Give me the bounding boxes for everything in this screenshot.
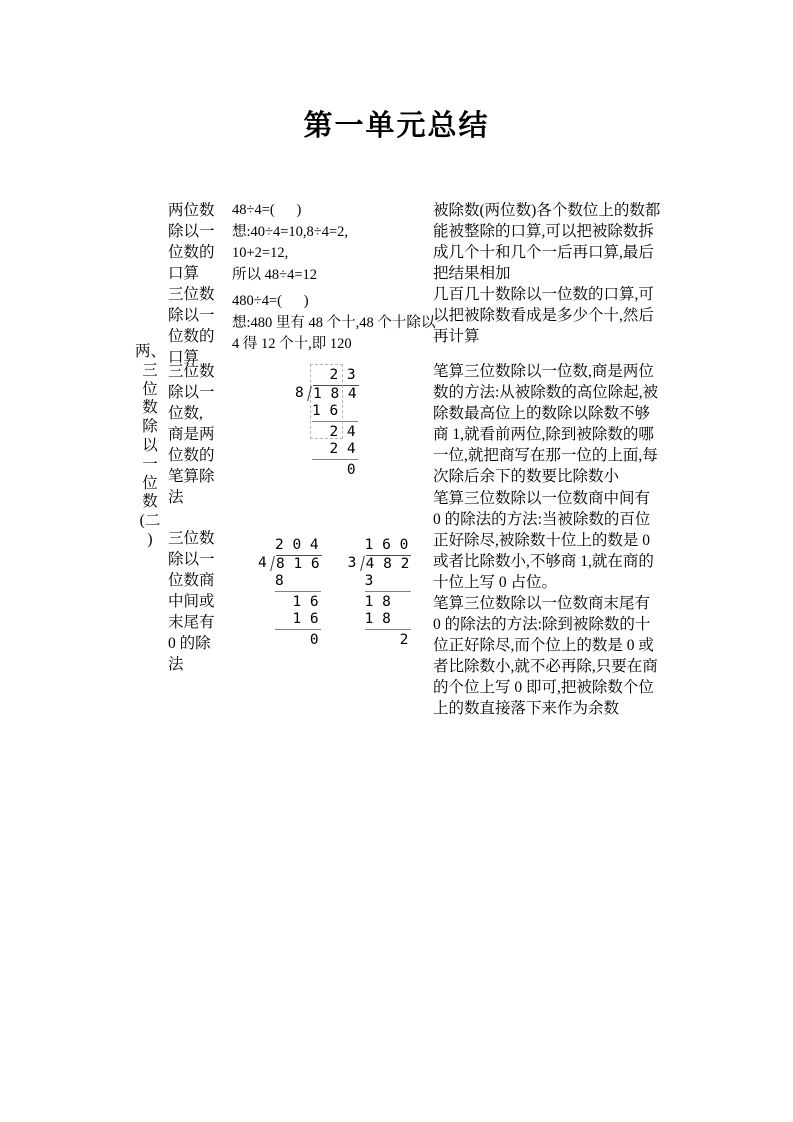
explanation-cell: 被除数(两位数)各个数位上的数都能被整除的口算,可以把被除数拆成几个十和几个一后…: [433, 200, 661, 284]
example-cell: 48÷4=( ) 想:40÷4=10,8÷4=2, 10+2=12, 所以 48…: [232, 200, 433, 286]
division-quotient: 2 0 4: [275, 537, 322, 555]
long-division-184-by-8: 2 3 8 1 8 4 1 6 2 4 2 4 0: [295, 367, 433, 479]
explanation-middle-zero: 笔算三位数除以一位数商中间有 0 的除法的方法:当被除数的百位正好除尽,被除数十…: [433, 488, 661, 593]
table-row-oral-two-digit: 两位数 除以一 位数的 口算 48÷4=( ) 想:40÷4=10,8÷4=2,…: [168, 200, 661, 286]
example-cell: 480÷4=( ) 想:480 里有 48 个十,48 个十除以 4 得 12 …: [232, 284, 433, 356]
division-dividend: 4 8 2: [366, 555, 412, 574]
example-cell: 2 0 4 4 8 1 6 8 1 6 1 6 0 1 6 0 3: [232, 488, 433, 649]
long-division-816-by-4: 2 0 4 4 8 1 6 8 1 6 1 6 0: [258, 537, 322, 649]
example-cell: 2 3 8 1 8 4 1 6 2 4 2 4 0: [232, 361, 433, 479]
division-step: 1 6: [275, 594, 321, 612]
row-label: 三位数 除以一 位数, 商是两 位数的 笔算除 法: [168, 361, 232, 508]
long-division-482-by-3: 1 6 0 3 4 8 2 3 1 8 1 8 2: [348, 537, 412, 649]
explanation-cell: 笔算三位数除以一位数商中间有 0 的除法的方法:当被除数的百位正好除尽,被除数十…: [433, 488, 661, 719]
division-step: 3: [365, 573, 411, 592]
division-step: 2 4: [312, 441, 358, 460]
division-step: 8: [275, 573, 321, 592]
table-row-written-two-digit-quotient: 三位数 除以一 位数, 商是两 位数的 笔算除 法 2 3 8 1 8 4 1 …: [168, 361, 661, 508]
division-dividend: 8 1 6: [276, 555, 322, 574]
division-step: 0: [312, 462, 358, 480]
first-step-highlight-box: [310, 364, 343, 439]
row-label: 三位数 除以一 位数的 口算: [168, 284, 232, 368]
division-quotient: 1 6 0: [365, 537, 412, 555]
side-header: 两、 三 位 数 除 以 一 位 数 (二 ): [135, 343, 165, 550]
explanation-cell: 几百几十数除以一位数的口算,可以把被除数看成是多少个十,然后再计算: [433, 284, 661, 347]
division-step: 1 8: [365, 611, 411, 630]
table-row-oral-three-digit: 三位数 除以一 位数的 口算 480÷4=( ) 想:480 里有 48 个十,…: [168, 284, 661, 368]
division-step: 0: [275, 632, 321, 650]
division-step: 2: [365, 632, 411, 650]
page-title: 第一单元总结: [0, 103, 793, 144]
row-label: 两位数 除以一 位数的 口算: [168, 200, 232, 284]
explanation-cell: 笔算三位数除以一位数,商是两位数的方法:从被除数的高位除起,被除数最高位上的数除…: [433, 361, 661, 487]
explanation-trailing-zero: 笔算三位数除以一位数商末尾有 0 的除法的方法:除到被除数的十位正好除尽,而个位…: [433, 593, 661, 719]
row-label: 三位数 除以一 位数商 中间或 末尾有 0 的除 法: [168, 488, 232, 675]
document-page: 第一单元总结 两、 三 位 数 除 以 一 位 数 (二 ) 两位数 除以一 位…: [0, 0, 793, 1122]
division-step: 1 8: [365, 594, 411, 612]
division-step: 1 6: [275, 611, 321, 630]
table-row-quotient-with-zero: 三位数 除以一 位数商 中间或 末尾有 0 的除 法 2 0 4 4 8 1 6…: [168, 488, 661, 719]
